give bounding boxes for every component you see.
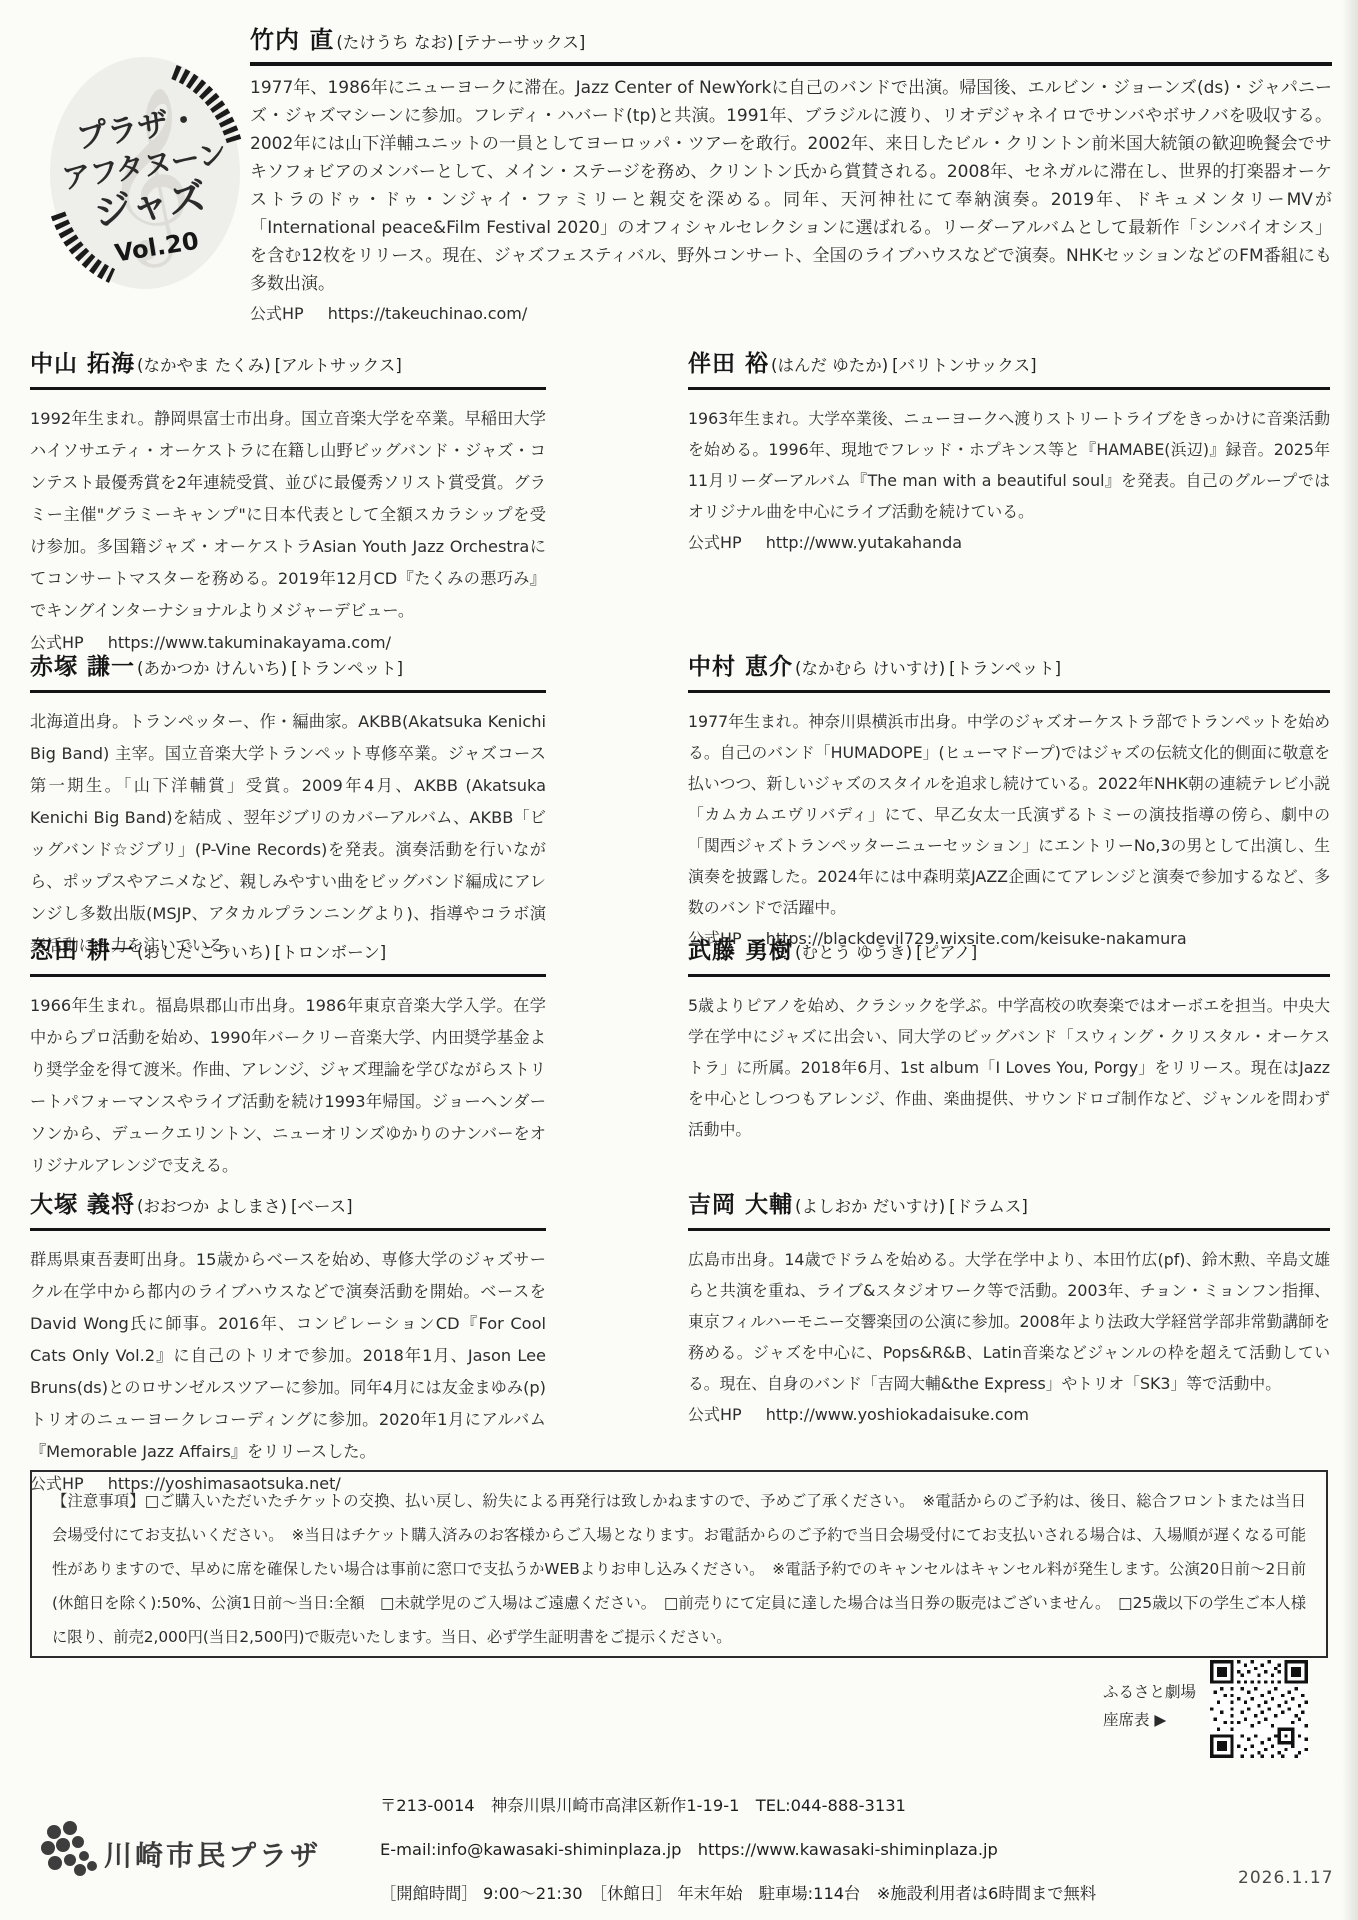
profile-reading: (なかやま たくみ)	[137, 356, 271, 375]
official-site-url: https://yoshimasaotsuka.net/	[108, 1474, 341, 1493]
profile-section: 吉岡 大輔(よしおか だいすけ)[ドラムス] 広島市出身。14歳でドラムを始める…	[688, 1186, 1330, 1431]
profile-header: 竹内 直(たけうち なお)[テナーサックス]	[250, 20, 1332, 55]
profile-section: 赤塚 謙一(あかつか けんいち)[トランペット] 北海道出身。トランペッター、作…	[30, 648, 546, 962]
profile-instrument: [テナーサックス]	[457, 33, 585, 52]
official-site-url: https://takeuchinao.com/	[328, 304, 528, 323]
profile-section: 大塚 義将(おおつか よしまさ)[ベース] 群馬県東吾妻町出身。15歳からベース…	[30, 1186, 546, 1500]
profile-bio: 1966年生まれ。福島県郡山市出身。1986年東京音楽大学入学。在学中からプロ活…	[30, 990, 546, 1182]
profile-instrument: [ピアノ]	[916, 943, 977, 962]
print-date: 2026.1.17	[1238, 1868, 1334, 1888]
seatmap-label: ふるさと劇場 座席表 ▶	[1103, 1678, 1196, 1734]
profile-reading: (おおつか よしまさ)	[137, 1197, 287, 1216]
profile-name: 伴田 裕	[688, 351, 769, 377]
venue-hours: ［開館時間］ 9:00～21:30 ［休館日］ 年末年始 駐車場:114台 ※施…	[380, 1872, 1096, 1916]
profile-section: 忍田 耕一(おしだ こういち)[トロンボーン] 1966年生まれ。福島県郡山市出…	[30, 932, 546, 1182]
profile-reading: (たけうち なお)	[336, 33, 453, 52]
profile-instrument: [トロンボーン]	[275, 943, 387, 962]
profile-divider	[688, 1228, 1330, 1231]
profile-name: 竹内 直	[250, 26, 334, 54]
profile-reading: (あかつか けんいち)	[137, 659, 287, 678]
profile-instrument: [トランペット]	[949, 659, 1061, 678]
profile-instrument: [バリトンサックス]	[892, 356, 1036, 375]
profile-section: 竹内 直(たけうち なお)[テナーサックス] 1977年、1986年にニューヨー…	[250, 20, 1332, 328]
profile-reading: (よしおか だいすけ)	[795, 1197, 945, 1216]
profile-name: 中村 恵介	[688, 654, 793, 680]
profile-divider	[30, 1228, 546, 1231]
profile-header: 赤塚 謙一(あかつか けんいち)[トランペット]	[30, 648, 546, 681]
profile-bio: 1963年生まれ。大学卒業後、ニューヨークへ渡りストリートライブをきっかけに音楽…	[688, 403, 1330, 527]
profile-divider	[250, 62, 1332, 66]
profile-bio: 5歳よりピアノを始め、クラシックを学ぶ。中学高校の吹奏楽ではオーボエを担当。中央…	[688, 990, 1330, 1145]
kawasaki-shiminplaza-logo	[40, 1818, 100, 1880]
official-site-row: 公式HPhttp://www.yutakahanda	[688, 527, 1330, 559]
profile-name: 忍田 耕一	[30, 938, 135, 964]
official-site-url: http://www.yutakahanda	[766, 533, 962, 552]
notice-text: 【注意事項】□ご購入いただいたチケットの交換、払い戻し、紛失による再発行は致しか…	[52, 1484, 1306, 1654]
profile-header: 忍田 耕一(おしだ こういち)[トロンボーン]	[30, 932, 546, 965]
flyer-page: 𝄞 プラザ・ アフタヌーン ジャズ Vol.20 【注意事項】□ご購入いただいた…	[0, 0, 1358, 1920]
official-site-row: 公式HPhttps://yoshimasaotsuka.net/	[30, 1468, 546, 1500]
profile-section: 武藤 勇樹(むとう ゆうき)[ピアノ] 5歳よりピアノを始め、クラシックを学ぶ。…	[688, 932, 1330, 1145]
seatmap-label-line1: ふるさと劇場	[1103, 1678, 1196, 1706]
official-site-label: 公式HP	[250, 304, 304, 323]
official-site-label: 公式HP	[688, 1405, 742, 1424]
profile-name: 赤塚 謙一	[30, 654, 135, 680]
profile-bio: 群馬県東吾妻町出身。15歳からベースを始め、専修大学のジャズサークル在学中から都…	[30, 1244, 546, 1468]
profile-bio: 1992年生まれ。静岡県富士市出身。国立音楽大学を卒業。早稲田大学ハイソサエティ…	[30, 403, 546, 627]
venue-address: 〒213-0014 神奈川県川崎市高津区新作1-19-1 TEL:044-888…	[380, 1784, 1096, 1828]
venue-contact: E-mail:info@kawasaki-shiminplaza.jp http…	[380, 1828, 1096, 1872]
profile-bio: 1977年、1986年にニューヨークに滞在。Jazz Center of New…	[250, 74, 1332, 298]
event-badge: 𝄞 プラザ・ アフタヌーン ジャズ Vol.20	[42, 46, 248, 306]
official-site-label: 公式HP	[688, 533, 742, 552]
profile-section: 伴田 裕(はんだ ゆたか)[バリトンサックス] 1963年生まれ。大学卒業後、ニ…	[688, 345, 1330, 559]
profile-name: 中山 拓海	[30, 351, 135, 377]
official-site-label: 公式HP	[30, 1474, 84, 1493]
profile-divider	[688, 690, 1330, 693]
scan-edge	[1342, 0, 1358, 1920]
profile-header: 武藤 勇樹(むとう ゆうき)[ピアノ]	[688, 932, 1330, 965]
profile-header: 大塚 義将(おおつか よしまさ)[ベース]	[30, 1186, 546, 1219]
venue-name: 川崎市民プラザ	[104, 1834, 321, 1874]
profile-name: 吉岡 大輔	[688, 1192, 793, 1218]
profile-bio: 1977年生まれ。神奈川県横浜市出身。中学のジャズオーケストラ部でトランペットを…	[688, 706, 1330, 923]
profile-instrument: [トランペット]	[291, 659, 403, 678]
profile-bio: 広島市出身。14歳でドラムを始める。大学在学中より、本田竹広(pf)、鈴木勲、辛…	[688, 1244, 1330, 1399]
profile-bio: 北海道出身。トランペッター、作・編曲家。AKBB(Akatsuka Kenich…	[30, 706, 546, 962]
profile-name: 大塚 義将	[30, 1192, 135, 1218]
qr-code	[1210, 1660, 1308, 1758]
profile-divider	[30, 974, 546, 977]
profile-header: 吉岡 大輔(よしおか だいすけ)[ドラムス]	[688, 1186, 1330, 1219]
profile-header: 中村 恵介(なかむら けいすけ)[トランペット]	[688, 648, 1330, 681]
profile-divider	[30, 387, 546, 390]
profile-section: 中村 恵介(なかむら けいすけ)[トランペット] 1977年生まれ。神奈川県横浜…	[688, 648, 1330, 955]
profile-reading: (はんだ ゆたか)	[771, 356, 888, 375]
profile-header: 中山 拓海(なかやま たくみ)[アルトサックス]	[30, 345, 546, 378]
venue-info: 〒213-0014 神奈川県川崎市高津区新作1-19-1 TEL:044-888…	[380, 1784, 1096, 1916]
profile-section: 中山 拓海(なかやま たくみ)[アルトサックス] 1992年生まれ。静岡県富士市…	[30, 345, 546, 659]
official-site-row: 公式HPhttp://www.yoshiokadaisuke.com	[688, 1399, 1330, 1431]
seatmap-label-line2: 座席表 ▶	[1103, 1706, 1196, 1734]
profile-reading: (むとう ゆうき)	[795, 943, 912, 962]
official-site-url: http://www.yoshiokadaisuke.com	[766, 1405, 1029, 1424]
profile-reading: (おしだ こういち)	[137, 943, 271, 962]
profile-divider	[688, 387, 1330, 390]
profile-instrument: [アルトサックス]	[275, 356, 402, 375]
profile-divider	[30, 690, 546, 693]
profile-name: 武藤 勇樹	[688, 938, 793, 964]
profile-header: 伴田 裕(はんだ ゆたか)[バリトンサックス]	[688, 345, 1330, 378]
profile-instrument: [ベース]	[291, 1197, 353, 1216]
profile-divider	[688, 974, 1330, 977]
official-site-row: 公式HPhttps://takeuchinao.com/	[250, 300, 1332, 328]
profile-instrument: [ドラムス]	[949, 1197, 1028, 1216]
profile-reading: (なかむら けいすけ)	[795, 659, 945, 678]
